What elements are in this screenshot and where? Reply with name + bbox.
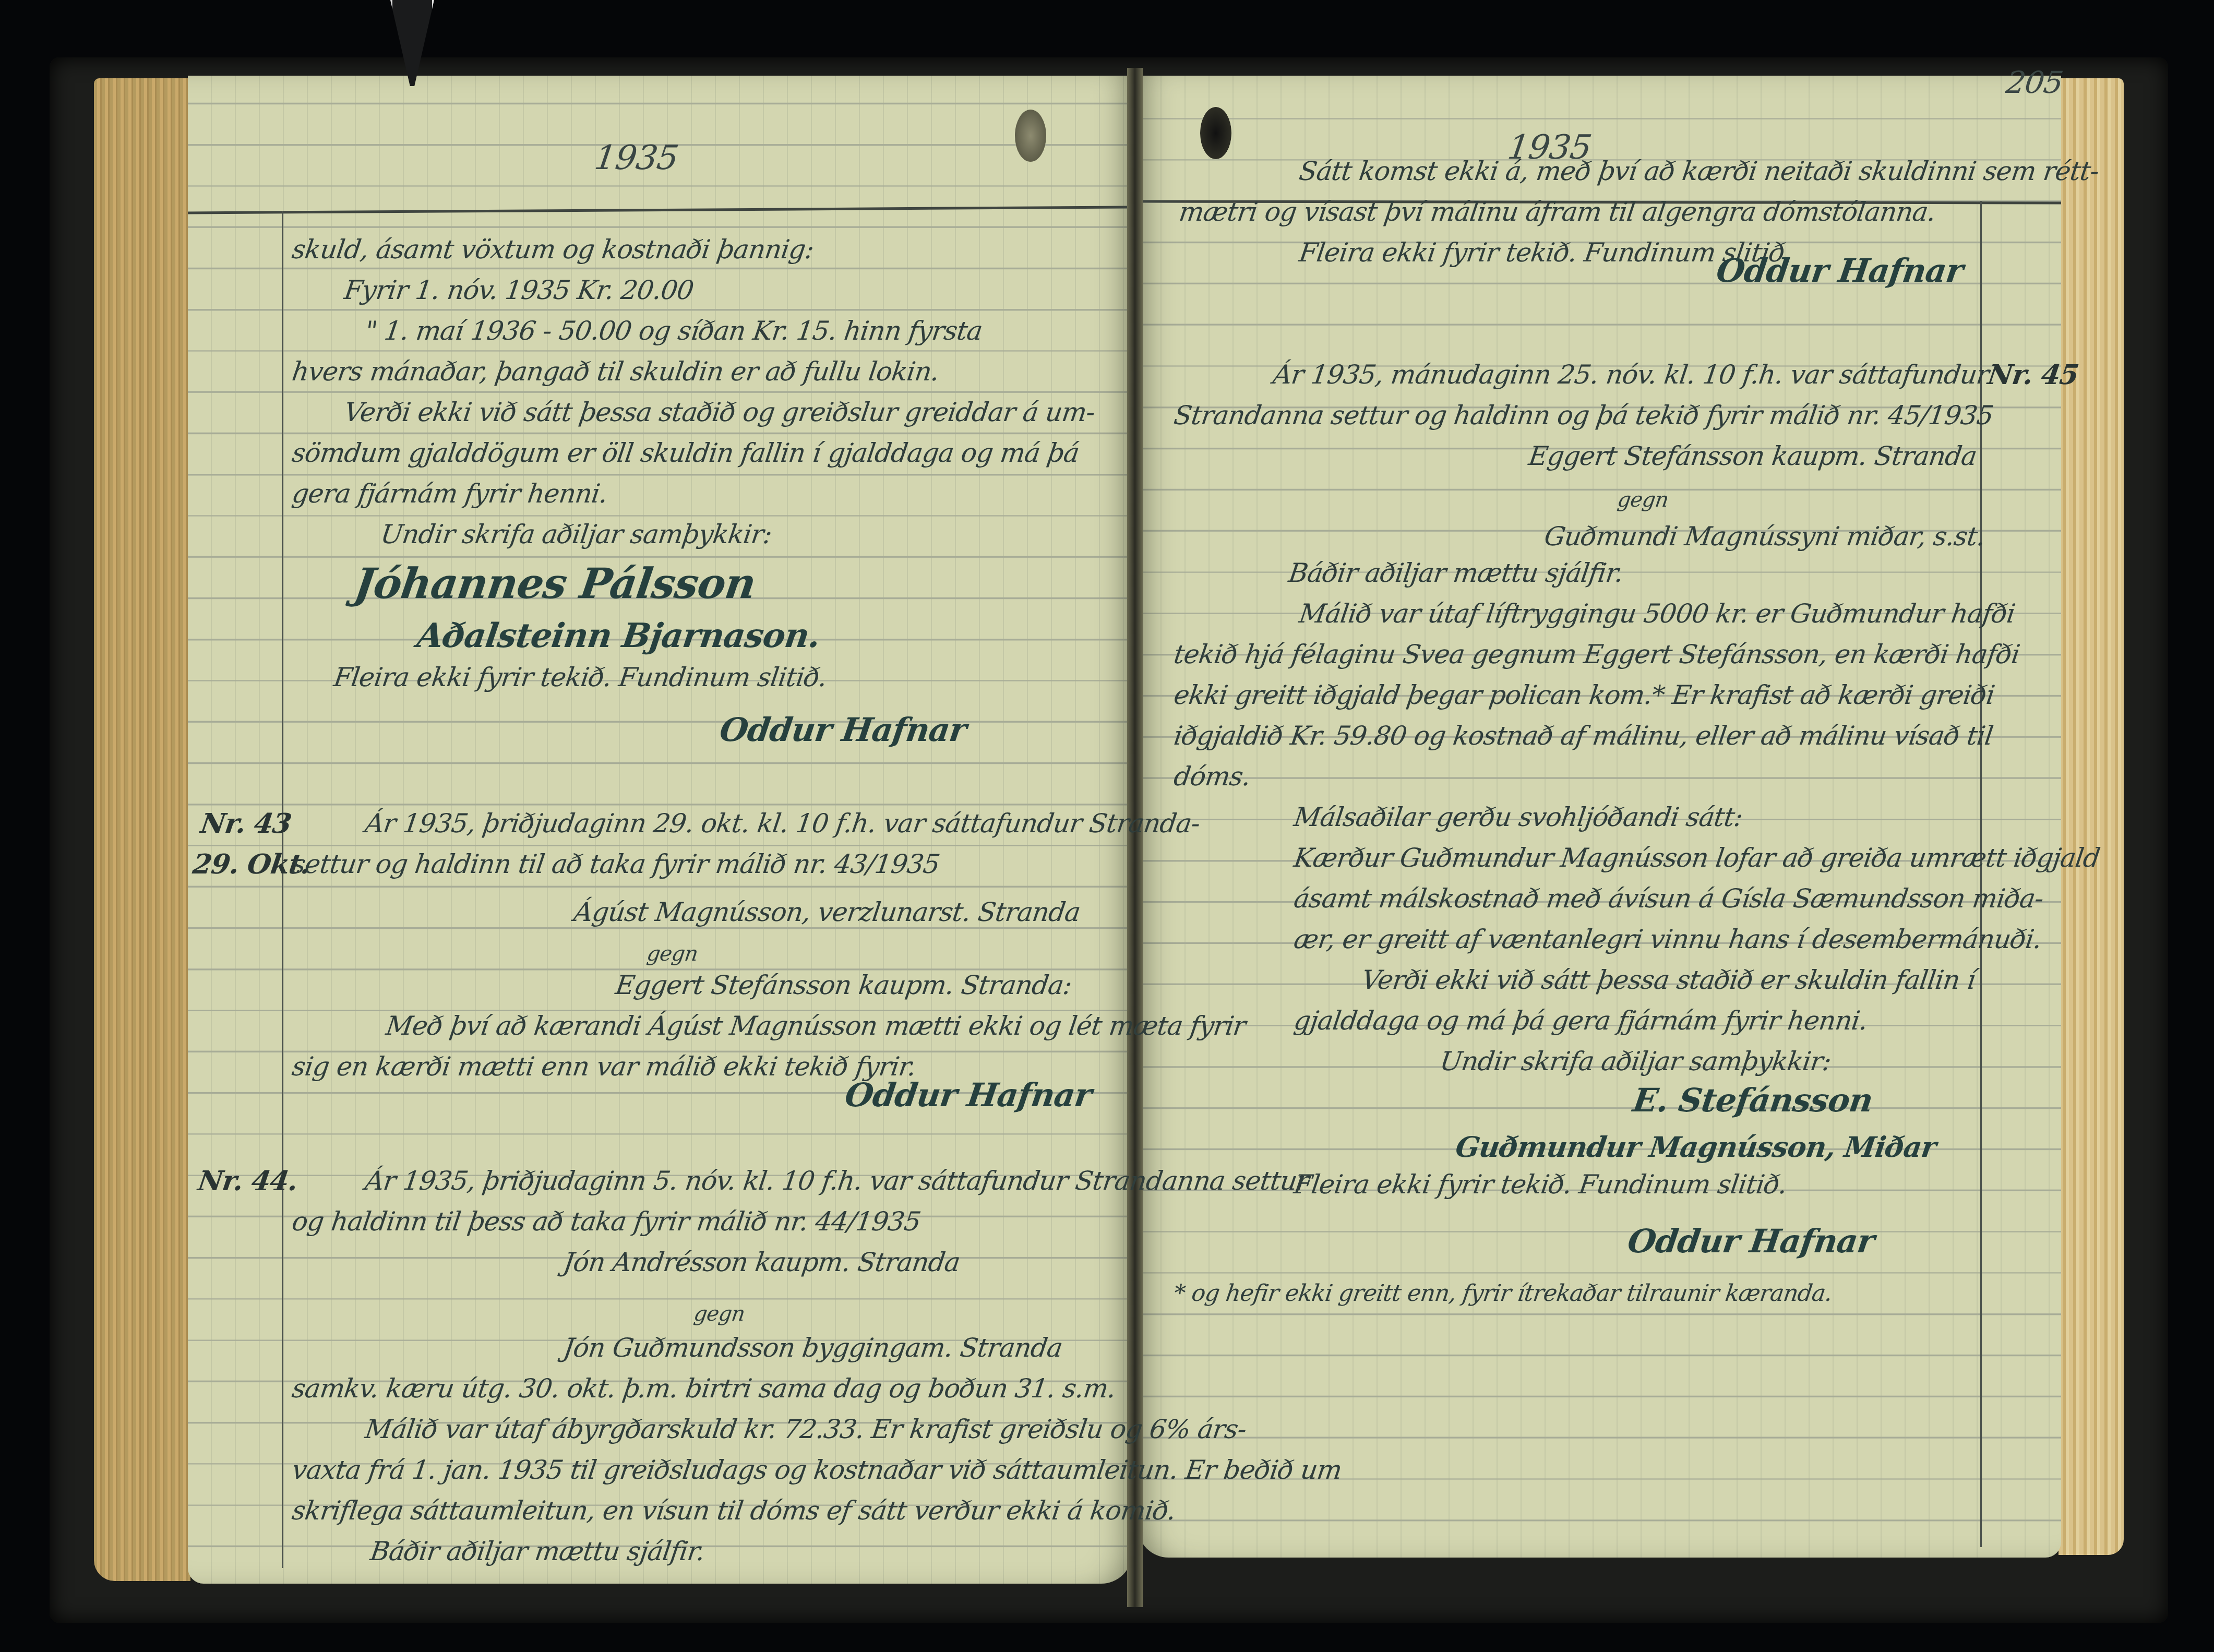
closing-line: Fleira ekki fyrir tekið. Fundinum slitið… bbox=[331, 657, 830, 698]
text-line: mætri og vísast því málinu áfram til alg… bbox=[1177, 192, 1938, 232]
text-line: dóms. bbox=[1171, 757, 1253, 797]
text-line: Undir skrifa aðiljar samþykkir: bbox=[378, 514, 774, 555]
closing-line: Fleira ekki fyrir tekið. Fundinum slitið… bbox=[1291, 1165, 1790, 1205]
signature-gudmundur-magnusson: Guðmundur Magnússon, Miðar bbox=[1453, 1127, 1939, 1167]
judge-signature: Oddur Hafnar bbox=[843, 1075, 1094, 1115]
text-line: gera fjárnám fyrir henni. bbox=[290, 474, 611, 514]
text-line: og haldinn til þess að taka fyrir málið … bbox=[290, 1202, 923, 1242]
case-number: Nr. 45 bbox=[1985, 355, 2081, 395]
binding-hole-right-icon bbox=[1200, 107, 1231, 159]
judge-signature: Oddur Hafnar bbox=[717, 710, 969, 750]
signature-adalsteinn-bjarnason: Aðalsteinn Bjarnason. bbox=[415, 616, 823, 656]
text-line: sig en kærði mætti enn var málið ekki te… bbox=[290, 1047, 919, 1087]
text-line: Málið var útaf ábyrgðarskuld kr. 72.33. … bbox=[363, 1409, 1249, 1450]
text-line: Kærður Guðmundur Magnússon lofar að grei… bbox=[1291, 838, 2102, 878]
binding-hole-left-icon bbox=[1015, 110, 1046, 162]
text-line: Strandanna settur og haldinn og þá tekið… bbox=[1171, 396, 1996, 436]
text-line: settur og haldinn til að taka fyrir máli… bbox=[290, 844, 942, 884]
text-line: Málið var útaf líftryggingu 5000 kr. er … bbox=[1297, 594, 2018, 634]
judge-signature: Oddur Hafnar bbox=[1625, 1221, 1877, 1261]
text-line: gjalddaga og má þá gera fjárnám fyrir he… bbox=[1291, 1001, 1870, 1041]
plaintiff: Jón Andrésson kaupm. Stranda bbox=[561, 1242, 963, 1283]
text-line: samkv. kæru útg. 30. okt. þ.m. birtri sa… bbox=[290, 1369, 1119, 1409]
defendant: Guðmundi Magnússyni miðar, s.st. bbox=[1542, 517, 1988, 557]
footnote: * og hefir ekki greitt enn, fyrir ítreka… bbox=[1171, 1273, 1835, 1313]
case-number: Nr. 43 bbox=[198, 804, 294, 844]
text-line: tekið hjá félaginu Svea gegnum Eggert St… bbox=[1171, 635, 2022, 675]
defendant: Jón Guðmundsson byggingam. Stranda bbox=[561, 1328, 1065, 1368]
text-line: skuld, ásamt vöxtum og kostnaði þannig: bbox=[290, 230, 817, 270]
judge-signature: Oddur Hafnar bbox=[1714, 250, 1966, 291]
versus: gegn bbox=[1615, 480, 1671, 520]
text-line: skriflega sáttaumleitun, en vísun til dó… bbox=[290, 1491, 1178, 1531]
text-line: " 1. maí 1936 - 50.00 og síðan Kr. 15. h… bbox=[363, 311, 985, 351]
plaintiff: Eggert Stefánsson kaupm. Stranda bbox=[1526, 436, 1979, 476]
text-line: Með því að kærandi Ágúst Magnússon mætti… bbox=[384, 1006, 1248, 1046]
plaintiff: Ágúst Magnússon, verzlunarst. Stranda bbox=[571, 892, 1083, 932]
text-line: hvers mánaðar, þangað til skuldin er að … bbox=[290, 352, 942, 392]
text-line: ekki greitt iðgjald þegar polican kom.* … bbox=[1171, 675, 1997, 715]
header-year-left: 1935 bbox=[592, 138, 681, 178]
signature-johannes-palsson: Jóhannes Pálsson bbox=[352, 564, 758, 604]
text-line: iðgjaldið Kr. 59.80 og kostnað af málinu… bbox=[1171, 716, 1996, 756]
text-line: Ár 1935, mánudaginn 25. nóv. kl. 10 f.h.… bbox=[1271, 355, 1992, 395]
text-line: Sátt komst ekki á, með því að kærði neit… bbox=[1297, 151, 2101, 191]
text-line: vaxta frá 1. jan. 1935 til greiðsludags … bbox=[290, 1450, 1344, 1490]
text-line: ær, er greitt af væntanlegri vinnu hans … bbox=[1291, 919, 2044, 960]
case-number: Nr. 44. bbox=[196, 1161, 301, 1201]
text-line: Ár 1935, þriðjudaginn 29. okt. kl. 10 f.… bbox=[363, 804, 1203, 844]
text-line: Undir skrifa aðiljar samþykkir: bbox=[1438, 1042, 1834, 1082]
page-number: 205 bbox=[2004, 63, 2066, 103]
page-stack-left bbox=[94, 78, 190, 1581]
text-line: Verði ekki við sátt þessa staðið og grei… bbox=[342, 392, 1098, 433]
settlement-intro: Málsaðilar gerðu svohljóðandi sátt: bbox=[1291, 797, 1745, 837]
page-stack-right bbox=[2059, 78, 2124, 1555]
text-line: sömdum gjalddögum er öll skuldin fallin … bbox=[290, 433, 1082, 473]
margin-rule-left bbox=[282, 211, 283, 1568]
text-line: Fyrir 1. nóv. 1935 Kr. 20.00 bbox=[342, 270, 696, 310]
defendant: Eggert Stefánsson kaupm. Stranda: bbox=[613, 965, 1074, 1005]
attendance: Báðir aðiljar mættu sjálfir. bbox=[1286, 553, 1626, 593]
text-line: Ár 1935, þriðjudaginn 5. nóv. kl. 10 f.h… bbox=[363, 1161, 1312, 1201]
signature-e-stefansson: E. Stefánsson bbox=[1631, 1080, 1875, 1120]
text-line: ásamt málskostnað með ávísun á Gísla Sæm… bbox=[1291, 879, 2046, 919]
text-line: Báðir aðiljar mættu sjálfir. bbox=[368, 1531, 708, 1572]
text-line: Verði ekki við sátt þessa staðið er skul… bbox=[1359, 960, 1978, 1000]
